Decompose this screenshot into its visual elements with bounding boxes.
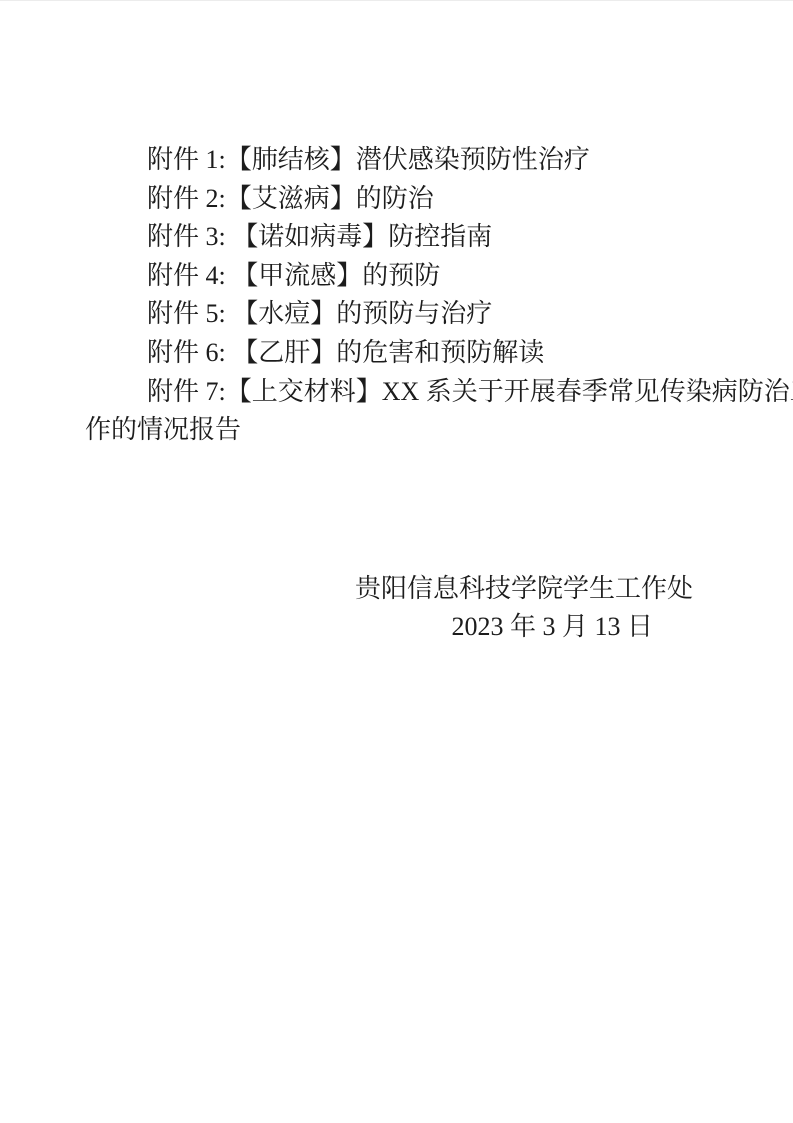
signature-date: 2023 年 3 月 13 日	[85, 608, 708, 647]
document-page: 附件 1:【肺结核】潜伏感染预防性治疗 附件 2:【艾滋病】的防治 附件 3: …	[0, 0, 793, 1123]
attachment-line-7: 附件 7:【上交材料】XX 系关于开展春季常见传染病防治工	[85, 373, 708, 412]
attachment-list: 附件 1:【肺结核】潜伏感染预防性治疗 附件 2:【艾滋病】的防治 附件 3: …	[85, 141, 708, 647]
attachment-line-4: 附件 4: 【甲流感】的预防	[85, 257, 708, 296]
attachment-line-1: 附件 1:【肺结核】潜伏感染预防性治疗	[85, 141, 708, 180]
attachment-line-2: 附件 2:【艾滋病】的防治	[85, 180, 708, 219]
attachment-line-6: 附件 6: 【乙肝】的危害和预防解读	[85, 334, 708, 373]
blank-space	[85, 450, 708, 570]
signature-organization: 贵阳信息科技学院学生工作处	[85, 570, 708, 609]
attachment-line-7-continuation: 作的情况报告	[85, 411, 708, 450]
attachment-line-3: 附件 3: 【诺如病毒】防控指南	[85, 218, 708, 257]
attachment-line-5: 附件 5: 【水痘】的预防与治疗	[85, 295, 708, 334]
